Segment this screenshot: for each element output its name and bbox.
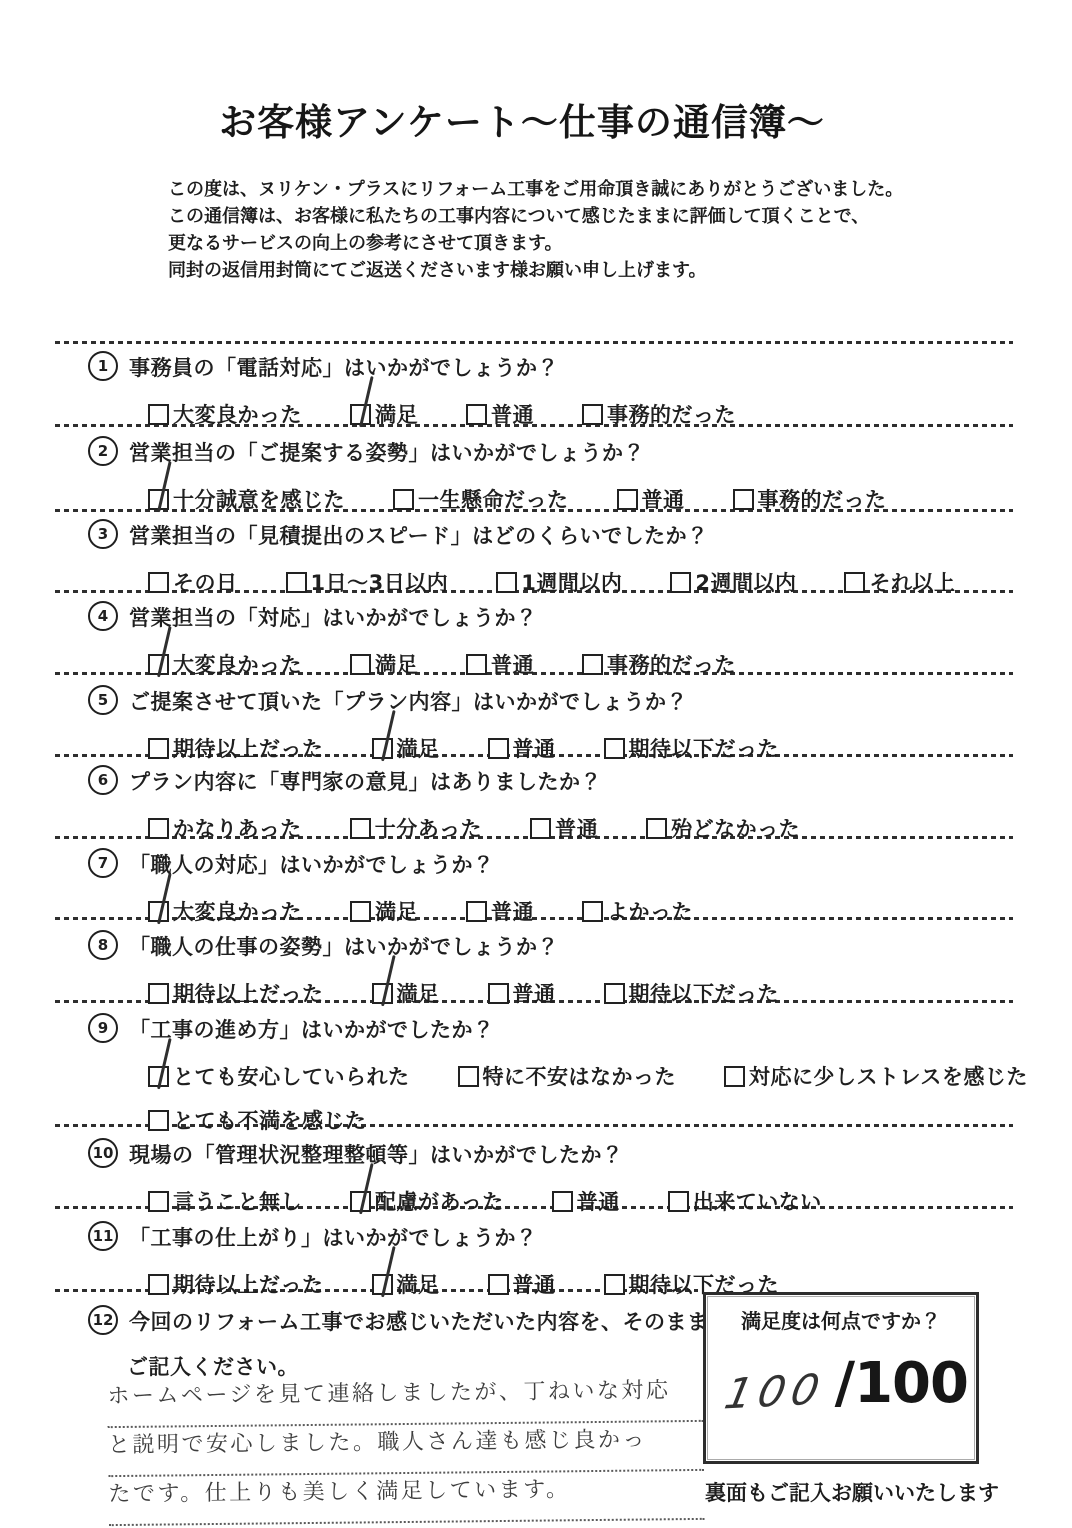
question-number-icon: 10 (88, 1138, 118, 1168)
question-number-icon: 2 (88, 436, 118, 466)
checkbox-icon[interactable] (148, 1110, 169, 1131)
survey-option[interactable]: 満足 (372, 733, 440, 763)
question-options-row: 大変良かった満足普通よかった (148, 896, 1028, 926)
question-text: 現場の「管理状況整理整頓等」はいかがでしたか？ (129, 1139, 624, 1169)
question-head: 4 営業担当の「対応」はいかがでしょうか？ (88, 602, 1028, 632)
option-label: 期待以上だった (173, 733, 324, 763)
question-number-icon: 8 (88, 930, 118, 960)
survey-option[interactable]: 普通 (466, 649, 534, 679)
question-options-row: かなりあった十分あった普通殆どなかった (148, 813, 1028, 843)
checkbox-icon[interactable] (582, 654, 603, 675)
survey-option[interactable]: 普通 (488, 733, 556, 763)
option-label: 言うこと無し (173, 1186, 302, 1216)
handwritten-checkmark-icon (381, 1245, 396, 1296)
question-block: 10 現場の「管理状況整理整頓等」はいかがでしたか？ 言うこと無し配慮があった普… (88, 1139, 1028, 1216)
checkbox-icon[interactable] (724, 1066, 745, 1087)
question-block: 5 ご提案させて頂いた「プラン内容」はいかがでしょうか？ 期待以上だった満足普通… (88, 686, 1028, 763)
option-label: とても安心していられた (173, 1061, 410, 1091)
question-options-row: とても安心していられた特に不安はなかった対応に少しストレスを感じた (148, 1061, 1028, 1091)
handwritten-comment-line: と説明で安心しました。職人さん達も感じ良かっ (108, 1422, 704, 1477)
survey-option[interactable]: 大変良かった (148, 399, 302, 429)
question-text: 「職人の仕事の姿勢」はいかがでしょうか？ (129, 931, 559, 961)
page-title: お客様アンケート～仕事の通信簿～ (0, 92, 1044, 146)
survey-option[interactable]: 満足 (372, 1269, 440, 1299)
option-label: 事務的だった (607, 399, 736, 429)
survey-option[interactable]: 特に不安はなかった (458, 1061, 677, 1091)
checkbox-icon[interactable] (733, 489, 754, 510)
survey-option[interactable]: 普通 (530, 813, 598, 843)
question-text: 今回のリフォーム工事でお感じいただいた内容を、そのまま (129, 1306, 708, 1336)
checkbox-icon[interactable] (372, 1274, 393, 1295)
checkbox-icon[interactable] (148, 1191, 169, 1212)
checkbox-icon[interactable] (466, 901, 487, 922)
question-options-row: 期待以上だった満足普通期待以下だった (148, 978, 1028, 1008)
option-label: 一生懸命だった (418, 484, 569, 514)
handwritten-comment: ホームページを見て連絡しましたが、丁ねいな対応 と説明で安心しました。職人さん達… (107, 1373, 705, 1526)
checkbox-icon[interactable] (148, 404, 169, 425)
option-label: 十分あった (375, 813, 482, 843)
question-head: 2 営業担当の「ご提案する姿勢」はいかがでしょうか？ (88, 437, 1028, 467)
survey-option[interactable]: 対応に少しストレスを感じた (724, 1061, 1028, 1091)
option-label: 1日～3日以内 (311, 567, 449, 597)
survey-option[interactable]: 満足 (350, 896, 418, 926)
option-label: 対応に少しストレスを感じた (749, 1061, 1028, 1091)
question-block: 11 「工事の仕上がり」はいかがでしょうか？ 期待以上だった満足普通期待以下だっ… (88, 1222, 1028, 1299)
handwritten-checkmark-icon (359, 1162, 374, 1213)
question-number-icon: 11 (88, 1221, 118, 1251)
option-label: 普通 (555, 813, 598, 843)
option-label: よかった (607, 896, 693, 926)
checkbox-icon[interactable] (582, 901, 603, 922)
option-label: 大変良かった (173, 649, 302, 679)
checkbox-icon[interactable] (488, 983, 509, 1004)
survey-option[interactable]: 普通 (488, 1269, 556, 1299)
option-label: 期待以上だった (173, 978, 324, 1008)
survey-option[interactable]: 期待以下だった (604, 978, 780, 1008)
survey-option[interactable]: 言うこと無し (148, 1186, 302, 1216)
question-head: 1 事務員の「電話対応」はいかがでしょうか？ (88, 352, 1028, 382)
question-block: 1 事務員の「電話対応」はいかがでしょうか？ 大変良かった満足普通事務的だった (88, 352, 1028, 429)
option-label: 満足 (375, 896, 418, 926)
question-text: 「工事の仕上がり」はいかがでしょうか？ (129, 1222, 538, 1252)
intro-line: この度は、ヌリケン・プラスにリフォーム工事をご用命頂き誠にありがとうございました… (168, 176, 948, 203)
option-label: 普通 (513, 1269, 556, 1299)
survey-option[interactable]: 殆どなかった (646, 813, 800, 843)
survey-option[interactable]: 出来ていない (668, 1186, 822, 1216)
checkbox-icon[interactable] (646, 818, 667, 839)
survey-option[interactable]: 1日～3日以内 (286, 567, 449, 597)
score-box-label: 満足度は何点ですか？ (706, 1305, 976, 1334)
checkbox-icon[interactable] (148, 654, 169, 675)
question-head: 7 「職人の対応」はいかがでしょうか？ (88, 849, 1028, 879)
question-number-icon: 5 (88, 685, 118, 715)
score-denominator: /100 (835, 1351, 968, 1416)
question-text: 営業担当の「ご提案する姿勢」はいかがでしょうか？ (129, 437, 645, 467)
survey-option[interactable]: 2週間以内 (670, 567, 796, 597)
checkbox-icon[interactable] (372, 983, 393, 1004)
option-label: 普通 (491, 649, 534, 679)
option-label: 普通 (491, 896, 534, 926)
checkbox-icon[interactable] (148, 1274, 169, 1295)
question-text: 「職人の対応」はいかがでしょうか？ (129, 849, 495, 879)
checkbox-icon[interactable] (466, 654, 487, 675)
question-head: 6 プラン内容に「専門家の意見」はありましたか？ (88, 766, 1028, 796)
checkbox-icon[interactable] (604, 983, 625, 1004)
survey-option[interactable]: それ以上 (844, 567, 955, 597)
intro-paragraph: この度は、ヌリケン・プラスにリフォーム工事をご用命頂き誠にありがとうございました… (168, 176, 948, 284)
question-head: 3 営業担当の「見積提出のスピード」はどのくらいでしたか？ (88, 520, 1028, 550)
checkbox-icon[interactable] (604, 1274, 625, 1295)
checkbox-icon[interactable] (286, 572, 307, 593)
option-label: その日 (173, 567, 238, 597)
question-head: 9 「工事の進め方」はいかがでしたか？ (88, 1014, 1028, 1044)
handwritten-checkmark-icon (359, 375, 374, 426)
checkbox-icon[interactable] (148, 572, 169, 593)
option-label: 大変良かった (173, 896, 302, 926)
handwritten-checkmark-icon (381, 954, 396, 1005)
option-label: 期待以下だった (629, 978, 780, 1008)
question-options-row: 言うこと無し配慮があった普通出来ていない (148, 1186, 1028, 1216)
checkbox-icon[interactable] (552, 1191, 573, 1212)
question-options-row: 大変良かった満足普通事務的だった (148, 649, 1028, 679)
checkbox-icon[interactable] (350, 901, 371, 922)
question-text: 営業担当の「見積提出のスピード」はどのくらいでしたか？ (129, 520, 709, 550)
question-block: 8 「職人の仕事の姿勢」はいかがでしょうか？ 期待以上だった満足普通期待以下だっ… (88, 931, 1028, 1008)
survey-option[interactable]: 配慮があった (350, 1186, 504, 1216)
question-options-row: 期待以上だった満足普通期待以下だった (148, 733, 1028, 763)
checkbox-icon[interactable] (372, 738, 393, 759)
checkbox-icon[interactable] (488, 1274, 509, 1295)
checkbox-icon[interactable] (670, 572, 691, 593)
question-number-icon: 6 (88, 765, 118, 795)
checkbox-icon[interactable] (148, 738, 169, 759)
option-label: 普通 (577, 1186, 620, 1216)
handwritten-checkmark-icon (381, 709, 396, 760)
option-label: 出来ていない (693, 1186, 822, 1216)
option-label: 普通 (642, 484, 685, 514)
survey-option[interactable]: その日 (148, 567, 238, 597)
checkbox-icon[interactable] (582, 404, 603, 425)
survey-option[interactable]: よかった (582, 896, 693, 926)
question-block: 6 プラン内容に「専門家の意見」はありましたか？ かなりあった十分あった普通殆ど… (88, 766, 1028, 843)
checkbox-icon[interactable] (530, 818, 551, 839)
survey-option[interactable]: 期待以下だった (604, 733, 780, 763)
question-block: 7 「職人の対応」はいかがでしょうか？ 大変良かった満足普通よかった (88, 849, 1028, 926)
question-text: プラン内容に「専門家の意見」はありましたか？ (129, 766, 602, 796)
handwritten-checkmark-icon (157, 872, 172, 923)
handwritten-checkmark-icon (157, 625, 172, 676)
survey-option[interactable]: かなりあった (148, 813, 302, 843)
checkbox-icon[interactable] (458, 1066, 479, 1087)
option-label: 期待以上だった (173, 1269, 324, 1299)
question-number-icon: 12 (88, 1305, 118, 1335)
survey-option[interactable]: 普通 (466, 896, 534, 926)
question-text: 営業担当の「対応」はいかがでしょうか？ (129, 602, 538, 632)
option-label: 配慮があった (375, 1186, 504, 1216)
survey-option[interactable]: 事務的だった (582, 649, 736, 679)
handwritten-checkmark-icon (157, 460, 172, 511)
question-head: 8 「職人の仕事の姿勢」はいかがでしょうか？ (88, 931, 1028, 961)
question-text: 事務員の「電話対応」はいかがでしょうか？ (129, 352, 559, 382)
question-block: 9 「工事の進め方」はいかがでしたか？ とても安心していられた特に不安はなかった… (88, 1014, 1028, 1135)
handwritten-comment-line: たです。仕上りも美しく満足しています。 (108, 1471, 704, 1526)
question-options-row: 十分誠意を感じた一生懸命だった普通事務的だった (148, 484, 1028, 514)
option-label: 期待以下だった (629, 733, 780, 763)
survey-option[interactable]: 期待以上だった (148, 978, 324, 1008)
checkbox-icon[interactable] (148, 818, 169, 839)
survey-option[interactable]: とても不満を感じた (148, 1105, 367, 1135)
back-side-note: 裏面もご記入お願いいたします (705, 1477, 999, 1507)
survey-option[interactable]: 満足 (350, 399, 418, 429)
option-label: 事務的だった (607, 649, 736, 679)
checkbox-icon[interactable] (604, 738, 625, 759)
question-text: 「工事の進め方」はいかがでしたか？ (129, 1014, 495, 1044)
option-label: 満足 (375, 649, 418, 679)
survey-option[interactable]: 普通 (552, 1186, 620, 1216)
checkbox-icon[interactable] (148, 489, 169, 510)
checkbox-icon[interactable] (350, 1191, 371, 1212)
checkbox-icon[interactable] (148, 983, 169, 1004)
question-block: 2 営業担当の「ご提案する姿勢」はいかがでしょうか？ 十分誠意を感じた一生懸命だ… (88, 437, 1028, 514)
handwritten-comment-line: ホームページを見て連絡しましたが、丁ねいな対応 (107, 1373, 703, 1428)
option-label: 満足 (397, 1269, 440, 1299)
intro-line: 同封の返信用封筒にてご返送くださいます様お願い申し上げます。 (168, 257, 948, 284)
checkbox-icon[interactable] (488, 738, 509, 759)
option-label: 満足 (397, 733, 440, 763)
question-block: 4 営業担当の「対応」はいかがでしょうか？ 大変良かった満足普通事務的だった (88, 602, 1028, 679)
survey-option[interactable]: 1週間以内 (496, 567, 622, 597)
option-label: とても不満を感じた (173, 1105, 367, 1135)
option-label: 普通 (491, 399, 534, 429)
survey-option[interactable]: 普通 (488, 978, 556, 1008)
score-box: 満足度は何点ですか？ 100 /100 (703, 1292, 979, 1464)
option-label: 2週間以内 (695, 567, 796, 597)
checkbox-icon[interactable] (350, 404, 371, 425)
question-text: ご提案させて頂いた「プラン内容」はいかがでしょうか？ (129, 686, 688, 716)
intro-line: この通信簿は、お客様に私たちの工事内容について感じたままに評価して頂くことで、 (168, 203, 948, 230)
checkbox-icon[interactable] (350, 818, 371, 839)
survey-option[interactable]: 期待以上だった (148, 733, 324, 763)
question-block: 3 営業担当の「見積提出のスピード」はどのくらいでしたか？ その日1日～3日以内… (88, 520, 1028, 597)
checkbox-icon[interactable] (466, 404, 487, 425)
checkbox-icon[interactable] (496, 572, 517, 593)
option-label: 満足 (375, 399, 418, 429)
intro-line: 更なるサービスの向上の参考にさせて頂きます。 (168, 230, 948, 257)
option-label: 普通 (513, 733, 556, 763)
dashed-separator (55, 341, 1013, 344)
option-label: 殆どなかった (671, 813, 800, 843)
checkbox-icon[interactable] (148, 1066, 169, 1087)
survey-option[interactable]: 大変良かった (148, 896, 302, 926)
handwritten-score: 100 (721, 1364, 830, 1418)
question-head: 11 「工事の仕上がり」はいかがでしょうか？ (88, 1222, 1028, 1252)
checkbox-icon[interactable] (844, 572, 865, 593)
checkbox-icon[interactable] (148, 901, 169, 922)
option-label: 十分誠意を感じた (173, 484, 345, 514)
survey-option[interactable]: 事務的だった (582, 399, 736, 429)
question-number-icon: 3 (88, 519, 118, 549)
option-label: それ以上 (869, 567, 955, 597)
question-options-row2: とても不満を感じた (148, 1105, 1028, 1135)
handwritten-checkmark-icon (157, 1037, 172, 1088)
option-label: 1週間以内 (521, 567, 622, 597)
option-label: 事務的だった (758, 484, 887, 514)
checkbox-icon[interactable] (617, 489, 638, 510)
survey-option[interactable]: 期待以上だった (148, 1269, 324, 1299)
survey-option[interactable]: 満足 (372, 978, 440, 1008)
survey-option[interactable]: 普通 (617, 484, 685, 514)
survey-option[interactable]: 満足 (350, 649, 418, 679)
question-head: 10 現場の「管理状況整理整頓等」はいかがでしたか？ (88, 1139, 1028, 1169)
question-number-icon: 1 (88, 351, 118, 381)
survey-option[interactable]: 十分誠意を感じた (148, 484, 345, 514)
checkbox-icon[interactable] (393, 489, 414, 510)
survey-option[interactable]: 一生懸命だった (393, 484, 569, 514)
checkbox-icon[interactable] (350, 654, 371, 675)
survey-page: お客様アンケート～仕事の通信簿～ この度は、ヌリケン・プラスにリフォーム工事をご… (0, 0, 1072, 1528)
option-label: 大変良かった (173, 399, 302, 429)
question-number-icon: 4 (88, 601, 118, 631)
survey-option[interactable]: とても安心していられた (148, 1061, 410, 1091)
question-options-row: その日1日～3日以内1週間以内2週間以内それ以上 (148, 567, 1028, 597)
survey-option[interactable]: 大変良かった (148, 649, 302, 679)
question-number-icon: 7 (88, 848, 118, 878)
option-label: 満足 (397, 978, 440, 1008)
question-number-icon: 9 (88, 1013, 118, 1043)
question-head: 5 ご提案させて頂いた「プラン内容」はいかがでしょうか？ (88, 686, 1028, 716)
question-options-row: 大変良かった満足普通事務的だった (148, 399, 1028, 429)
option-label: 普通 (513, 978, 556, 1008)
survey-option[interactable]: 普通 (466, 399, 534, 429)
survey-option[interactable]: 事務的だった (733, 484, 887, 514)
option-label: かなりあった (173, 813, 302, 843)
survey-option[interactable]: 十分あった (350, 813, 482, 843)
checkbox-icon[interactable] (668, 1191, 689, 1212)
option-label: 特に不安はなかった (483, 1061, 677, 1091)
